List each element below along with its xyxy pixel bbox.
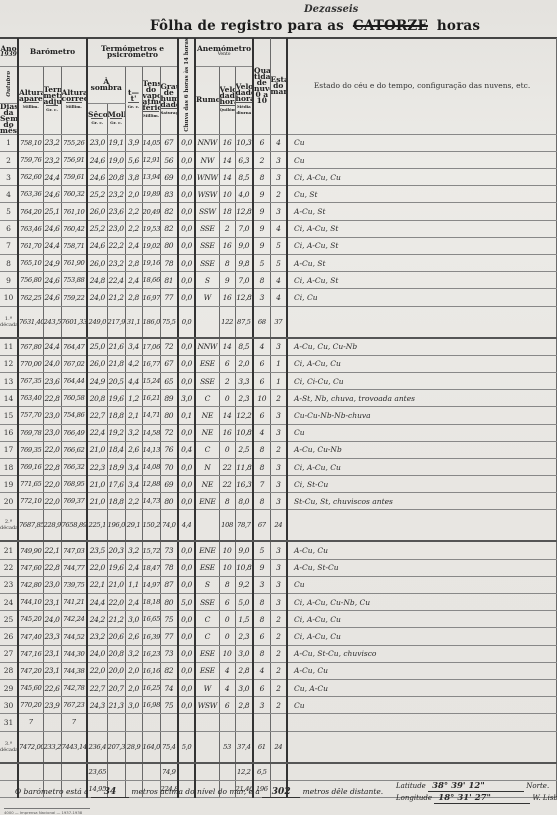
table-row: 29745,6022,6742,7822,720,72,016,25740,0W… <box>0 679 557 696</box>
cell-chuva: 0,0 <box>178 576 195 593</box>
cell-vel2: 10,3 <box>235 134 253 151</box>
cell-molh: 23,6 <box>107 203 125 220</box>
cell-tensao: 16,21 <box>142 390 160 407</box>
cell-rumo: WSW <box>195 697 219 714</box>
cell-hum: 78 <box>160 559 178 576</box>
cell-nuv <box>253 714 270 731</box>
cell-chuva: 0,0 <box>178 220 195 237</box>
cell-alt-ap: 762,25 <box>18 289 43 306</box>
cell-rumo: NE <box>195 424 219 441</box>
vapor-tension-header: Tensão do vapor atmos-féricoMillim. <box>142 66 160 134</box>
cell-observation: Ci, A-Cu, Cu <box>287 169 556 186</box>
cell-alt-ap: 747,16 <box>18 645 43 662</box>
title-area: Dezasseis Fôlha de registro para as CATO… <box>0 8 557 36</box>
summary-nuv: 6,5 <box>253 763 270 781</box>
cell-rumo: NW <box>195 151 219 168</box>
cell-tensao: 19,53 <box>142 220 160 237</box>
decade-term: 233,2 <box>43 731 61 763</box>
cell-dif: 2,4 <box>125 272 142 289</box>
cell-molh: 21,8 <box>107 355 125 372</box>
table-row: 8765,1024,9761,9026,023,22,819,16780,0SS… <box>0 255 557 272</box>
cell-nuv: 8 <box>253 645 270 662</box>
decade-chuva: 5,0 <box>178 731 195 763</box>
cell-vel1: 16 <box>219 134 235 151</box>
decade-rumo <box>195 306 219 338</box>
cell-vel1: 2 <box>219 372 235 389</box>
cell-hum: 56 <box>160 151 178 168</box>
cell-vel1: 10 <box>219 186 235 203</box>
cell-vel1: 10 <box>219 645 235 662</box>
cell-alt-cor: 742,78 <box>61 679 87 696</box>
humidity-header: Grau de humi-dadeSaturação=100 <box>160 66 178 134</box>
cell-alt-ap: 770,00 <box>18 355 43 372</box>
decade-vel1: 122 <box>219 306 235 338</box>
cell-observation: Ci, Cu <box>287 289 556 306</box>
cell-dif: 2,4 <box>125 594 142 611</box>
cell-seco: 26,0 <box>87 355 107 372</box>
cell-chuva: 0,0 <box>178 559 195 576</box>
cell-alt-ap: 756,80 <box>18 272 43 289</box>
cell-dif: 4,4 <box>125 372 142 389</box>
cell-tensao: 14,05 <box>142 134 160 151</box>
decade-mar: 24 <box>270 510 287 542</box>
cell-seco: 24,8 <box>87 272 107 289</box>
cell-hum: 80 <box>160 407 178 424</box>
cell-term: 22,0 <box>43 476 61 493</box>
cell-nuv: 2 <box>253 151 270 168</box>
decade-total-row: 1.ª década7631,40243,57601,33249,0217,93… <box>0 306 557 338</box>
cell-vel2: 12,8 <box>235 289 253 306</box>
cell-observation: Cu, St <box>287 186 556 203</box>
cell-mar: 3 <box>270 458 287 475</box>
cell-mar: 2 <box>270 679 287 696</box>
cell-molh: 18,8 <box>107 493 125 510</box>
cell-molh: 21,2 <box>107 611 125 628</box>
decade-mar: 24 <box>270 731 287 763</box>
table-row: 24744,1023,1741,2124,422,02,418,18805,0S… <box>0 594 557 611</box>
cell-dif: 5,6 <box>125 151 142 168</box>
cell-seco: 22,7 <box>87 679 107 696</box>
cell-tensao <box>142 714 160 731</box>
cell-observation: Cu, A-Cu <box>287 679 556 696</box>
cell-tensao: 16,39 <box>142 628 160 645</box>
cell-rumo: W <box>195 679 219 696</box>
cell-rumo: ESE <box>195 559 219 576</box>
cell-alt-ap: 745,20 <box>18 611 43 628</box>
cell-molh: 22,4 <box>107 272 125 289</box>
cell-tensao: 16,97 <box>142 289 160 306</box>
cell-chuva: 0,0 <box>178 697 195 714</box>
cell-dif: 2,6 <box>125 628 142 645</box>
cell-mar: 3 <box>270 169 287 186</box>
cell-alt-cor: 753,88 <box>61 272 87 289</box>
cell-mar: 2 <box>270 611 287 628</box>
cell-nuv: 8 <box>253 458 270 475</box>
cell-alt-cor: 742,24 <box>61 611 87 628</box>
decade-observation <box>287 306 556 338</box>
page-title: Fôlha de registro para as CATORZE horas <box>150 18 480 34</box>
cell-molh: 23,2 <box>107 186 125 203</box>
cell-molh: 19,2 <box>107 424 125 441</box>
cell-chuva: 0,0 <box>178 493 195 510</box>
cell-mar: 3 <box>270 576 287 593</box>
cell-tensao: 18,47 <box>142 559 160 576</box>
cell-mar: 2 <box>270 662 287 679</box>
cell-observation: Cu <box>287 697 556 714</box>
cell-molh: 23,0 <box>107 220 125 237</box>
cell-alt-cor: 767,02 <box>61 355 87 372</box>
cell-dif: 2,0 <box>125 662 142 679</box>
corrected-height-header: Altura correctaMillim. <box>61 66 87 134</box>
cell-seco: 20,8 <box>87 390 107 407</box>
table-row: 23742,8023,0739,7522,121,01,114,97870,0S… <box>0 576 557 593</box>
cell-term: 22,0 <box>43 493 61 510</box>
cell-alt-ap: 744,10 <box>18 594 43 611</box>
cell-vel2: 6,3 <box>235 151 253 168</box>
cell-rumo: SSE <box>195 372 219 389</box>
barometer-height: 34 <box>91 787 129 798</box>
decade-tensao: 164,01 <box>142 731 160 763</box>
cell-observation: A-Cu, St-Cu, chuvisco <box>287 645 556 662</box>
velocity-header-2: Veloci-dade horáriaMédia diurna <box>235 66 253 134</box>
cell-seco: 22,3 <box>87 458 107 475</box>
cell-alt-ap: 771,65 <box>18 476 43 493</box>
cell-vel2: 8,5 <box>235 338 253 356</box>
cell-hum: 72 <box>160 424 178 441</box>
cell-vel2: 10,8 <box>235 424 253 441</box>
cell-dif <box>125 714 142 731</box>
cell-rumo: ESE <box>195 662 219 679</box>
observations-header: Estado do céu e do tempo, configuração d… <box>287 38 556 134</box>
day-number: 14 <box>0 390 18 407</box>
table-row: 14763,4022,8760,5820,819,61,216,21893,0C… <box>0 390 557 407</box>
cell-vel2: 2,3 <box>235 628 253 645</box>
cell-observation: A-Cu, Cu-Nb <box>287 441 556 458</box>
table-row: 6763,4624,6760,4225,223,02,219,53820,0SS… <box>0 220 557 237</box>
cell-vel1 <box>219 714 235 731</box>
cell-seco: 22,0 <box>87 559 107 576</box>
cell-vel2: 5,0 <box>235 594 253 611</box>
cell-term: 24,6 <box>43 220 61 237</box>
table-row: 12770,0024,0767,0226,021,84,216,77670,0E… <box>0 355 557 372</box>
cell-nuv: 9 <box>253 220 270 237</box>
register-table: Ano 1939 Barómetro Termómetros e psicróm… <box>0 38 557 798</box>
decade-vel2: 37,4 <box>235 731 253 763</box>
cell-molh: 21,3 <box>107 697 125 714</box>
cell-dif: 3,2 <box>125 645 142 662</box>
table-row: 20772,1022,0769,3721,018,82,214,73800,0E… <box>0 493 557 510</box>
cell-seco: 23,0 <box>87 134 107 151</box>
cell-nuv: 6 <box>253 355 270 372</box>
cell-tensao: 16,65 <box>142 611 160 628</box>
cell-chuva: 0,4 <box>178 441 195 458</box>
cell-rumo: C <box>195 611 219 628</box>
cell-tensao: 16,98 <box>142 697 160 714</box>
barometer-distance: 302 <box>262 787 300 798</box>
cell-vel1: 14 <box>219 169 235 186</box>
cell-nuv: 8 <box>253 441 270 458</box>
cell-dif: 4,2 <box>125 355 142 372</box>
cell-alt-cor: 760,42 <box>61 220 87 237</box>
cell-vel2: 9,0 <box>235 237 253 254</box>
cell-rumo: NNW <box>195 134 219 151</box>
cell-tensao: 14,08 <box>142 458 160 475</box>
cell-chuva: 0,0 <box>178 541 195 559</box>
days-header: Dias da Semana do mês <box>0 103 18 134</box>
cell-mar: 3 <box>270 559 287 576</box>
summary-hum: 74,9 <box>160 763 178 781</box>
cell-hum: 80 <box>160 594 178 611</box>
cell-dif: 2,2 <box>125 220 142 237</box>
cell-vel2: 12,8 <box>235 203 253 220</box>
decade-molh: 196,0 <box>107 510 125 542</box>
cell-observation: A-Cu, St <box>287 203 556 220</box>
clouds-header: Quan-tidade de nuvens 0 a 10 <box>253 38 270 134</box>
cell-hum: 72 <box>160 338 178 356</box>
cell-term: 23,3 <box>43 628 61 645</box>
cell-term: 24,0 <box>43 611 61 628</box>
cell-nuv: 6 <box>253 134 270 151</box>
cell-vel1: 16 <box>219 237 235 254</box>
cell-rumo: SSE <box>195 220 219 237</box>
cell-chuva: 0,0 <box>178 611 195 628</box>
title-correction: Dezasseis <box>304 4 358 15</box>
cell-dif: 3,2 <box>125 424 142 441</box>
decade-alt-cor: 7601,33 <box>61 306 87 338</box>
cell-tensao: 14,73 <box>142 493 160 510</box>
cell-seco: 21,0 <box>87 441 107 458</box>
cell-nuv: 3 <box>253 576 270 593</box>
cell-mar: 2 <box>270 186 287 203</box>
table-row: 30770,2023,9767,2324,321,33,016,98750,0W… <box>0 697 557 714</box>
cell-observation: Ci, A-Cu, St <box>287 237 556 254</box>
cell-hum: 75 <box>160 611 178 628</box>
day-number: 22 <box>0 559 18 576</box>
cell-hum: 87 <box>160 576 178 593</box>
cell-dif: 2,1 <box>125 407 142 424</box>
cell-chuva: 0,0 <box>178 289 195 306</box>
table-row: 18769,1622,8766,3222,318,93,414,08700,0N… <box>0 458 557 475</box>
cell-observation: Ci, A-Cu, Cu-Nb, Cu <box>287 594 556 611</box>
printer-imprint: 4000 — Imprensa Nacional — 1937-1938 <box>4 808 90 815</box>
cell-chuva: 0,0 <box>178 424 195 441</box>
day-number: 5 <box>0 203 18 220</box>
cell-vel2: 9,8 <box>235 255 253 272</box>
cell-hum: 81 <box>160 272 178 289</box>
cell-seco: 24,3 <box>87 697 107 714</box>
cell-vel1: 10 <box>219 559 235 576</box>
cell-vel1: 0 <box>219 441 235 458</box>
cell-rumo: N <box>195 458 219 475</box>
cell-term: 22,0 <box>43 441 61 458</box>
cell-alt-ap: 759,76 <box>18 151 43 168</box>
decade-alt-cor: 7443,14 <box>61 731 87 763</box>
cell-dif: 3,4 <box>125 338 142 356</box>
cell-term <box>43 714 61 731</box>
cell-chuva <box>178 714 195 731</box>
cell-vel1: 10 <box>219 541 235 559</box>
cell-observation: Ci, A-Cu, St <box>287 272 556 289</box>
day-number: 21 <box>0 541 18 559</box>
barometer-note: O barómetro está a 34 metros acima do ní… <box>15 787 383 798</box>
barometer-header: Barómetro <box>18 38 87 66</box>
table-row: 19771,6522,0768,9521,017,63,412,88690,0N… <box>0 476 557 493</box>
cell-term: 24,6 <box>43 186 61 203</box>
cell-observation: Cu-Cu-Nb-Nb-chuva <box>287 407 556 424</box>
cell-vel1: 0 <box>219 390 235 407</box>
cell-mar: 2 <box>270 441 287 458</box>
cell-chuva: 0,0 <box>178 628 195 645</box>
cell-term: 22,8 <box>43 559 61 576</box>
cell-nuv: 5 <box>253 541 270 559</box>
cell-chuva: 0,0 <box>178 679 195 696</box>
table-row: 4763,3624,6760,3225,223,22,019,89830,0WS… <box>0 186 557 203</box>
cell-vel2: 7,0 <box>235 272 253 289</box>
cell-alt-ap: 764,20 <box>18 203 43 220</box>
cell-hum: 77 <box>160 289 178 306</box>
rain-header: Chuva das 6 horas às 14 horas <box>178 38 195 134</box>
cell-observation: A-Cu, Cu, Cu-Nb <box>287 338 556 356</box>
cell-seco: 24,6 <box>87 169 107 186</box>
cell-molh: 20,8 <box>107 169 125 186</box>
sea-state-header: Estado do mar <box>270 38 287 134</box>
cell-dif: 1,1 <box>125 576 142 593</box>
decade-vel1: 108 <box>219 510 235 542</box>
direction-header: Rumo <box>195 66 219 134</box>
cell-term: 22,8 <box>43 458 61 475</box>
cell-alt-ap: 767,35 <box>18 372 43 389</box>
cell-chuva: 3,0 <box>178 390 195 407</box>
cell-vel1: 8 <box>219 255 235 272</box>
cell-alt-ap: 770,20 <box>18 697 43 714</box>
cell-mar: 4 <box>270 289 287 306</box>
cell-tensao: 14,58 <box>142 424 160 441</box>
cell-chuva: 0,0 <box>178 458 195 475</box>
cell-chuva: 0,0 <box>178 272 195 289</box>
cell-vel2: 4,0 <box>235 186 253 203</box>
day-number: 4 <box>0 186 18 203</box>
cell-dif: 2,8 <box>125 289 142 306</box>
cell-chuva: 0,0 <box>178 476 195 493</box>
cell-mar: 2 <box>270 645 287 662</box>
cell-mar: 4 <box>270 272 287 289</box>
cell-seco: 26,0 <box>87 255 107 272</box>
decade-term: 228,9 <box>43 510 61 542</box>
cell-vel1: 4 <box>219 662 235 679</box>
cell-dif: 2,0 <box>125 186 142 203</box>
cell-hum: 80 <box>160 237 178 254</box>
day-number: 28 <box>0 662 18 679</box>
cell-seco: 22,4 <box>87 424 107 441</box>
table-row: 15757,7023,0754,8622,718,82,114,71800,1N… <box>0 407 557 424</box>
cell-term: 23,0 <box>43 424 61 441</box>
cell-seco: 26,0 <box>87 203 107 220</box>
cell-mar: 2 <box>270 697 287 714</box>
decade-mar: 37 <box>270 306 287 338</box>
cell-tensao: 20,49 <box>142 203 160 220</box>
cell-alt-cor: 766,32 <box>61 458 87 475</box>
cell-alt-cor: 760,32 <box>61 186 87 203</box>
cell-vel1: 8 <box>219 576 235 593</box>
decade-observation <box>287 731 556 763</box>
cell-alt-ap: 749,90 <box>18 541 43 559</box>
cell-dif: 2,8 <box>125 255 142 272</box>
day-number: 3 <box>0 169 18 186</box>
table-row: 21749,9022,1747,0323,520,33,215,72730,0E… <box>0 541 557 559</box>
cell-chuva: 0,0 <box>178 134 195 151</box>
cell-hum <box>160 714 178 731</box>
cell-mar: 5 <box>270 237 287 254</box>
cell-alt-ap: 763,36 <box>18 186 43 203</box>
cell-mar: 4 <box>270 220 287 237</box>
cell-nuv: 8 <box>253 594 270 611</box>
decade-nuv: 68 <box>253 306 270 338</box>
cell-molh: 20,0 <box>107 662 125 679</box>
cell-nuv: 6 <box>253 628 270 645</box>
decade-dif: 29,1 <box>125 510 142 542</box>
cell-observation: Ci, A-Cu, Cu <box>287 628 556 645</box>
cell-rumo: ESE <box>195 645 219 662</box>
cell-molh: 20,5 <box>107 372 125 389</box>
cell-chuva: 5,0 <box>178 594 195 611</box>
cell-alt-cor: 760,58 <box>61 390 87 407</box>
cell-vel1: 6 <box>219 697 235 714</box>
cell-rumo: ESE <box>195 355 219 372</box>
cell-term: 23,0 <box>43 576 61 593</box>
cell-vel2: 9,2 <box>235 576 253 593</box>
cell-observation <box>287 714 556 731</box>
day-number: 24 <box>0 594 18 611</box>
cell-molh: 21,0 <box>107 576 125 593</box>
cell-tensao: 12,91 <box>142 151 160 168</box>
cell-alt-ap: 747,60 <box>18 559 43 576</box>
decade-seco: 236,4 <box>87 731 107 763</box>
cell-mar: 3 <box>270 493 287 510</box>
cell-mar: 3 <box>270 151 287 168</box>
cell-vel1: 16 <box>219 289 235 306</box>
cell-nuv: 6 <box>253 679 270 696</box>
decade-rumo <box>195 510 219 542</box>
struck-hour: CATORZE <box>353 18 428 34</box>
cell-rumo: S <box>195 272 219 289</box>
table-row: 27747,1623,1744,3024,020,83,216,23730,0E… <box>0 645 557 662</box>
cell-observation: A-St, Nb, chuva, trovoada antes <box>287 390 556 407</box>
cell-chuva: 0,0 <box>178 372 195 389</box>
cell-alt-cor: 766,49 <box>61 424 87 441</box>
cell-term: 23,1 <box>43 594 61 611</box>
cell-vel2 <box>235 714 253 731</box>
cell-mar: 3 <box>270 594 287 611</box>
cell-hum: 78 <box>160 255 178 272</box>
cell-alt-ap: 747,40 <box>18 628 43 645</box>
cell-hum: 65 <box>160 372 178 389</box>
cell-chuva: 0,0 <box>178 151 195 168</box>
cell-vel1: 14 <box>219 407 235 424</box>
cell-observation: Cu <box>287 134 556 151</box>
cell-nuv: 4 <box>253 424 270 441</box>
table-row: 25745,2024,0742,2424,221,23,016,65750,0C… <box>0 611 557 628</box>
cell-alt-ap: 758,10 <box>18 134 43 151</box>
cell-observation: Ci, A-Cu, Cu <box>287 355 556 372</box>
cell-term: 23,1 <box>43 662 61 679</box>
cell-hum: 67 <box>160 134 178 151</box>
cell-chuva: 0,0 <box>178 338 195 356</box>
cell-dif: 2,4 <box>125 237 142 254</box>
cell-seco: 21,0 <box>87 493 107 510</box>
day-number: 15 <box>0 407 18 424</box>
cell-mar: 1 <box>270 372 287 389</box>
summary-seco: 23,65 <box>87 763 107 781</box>
